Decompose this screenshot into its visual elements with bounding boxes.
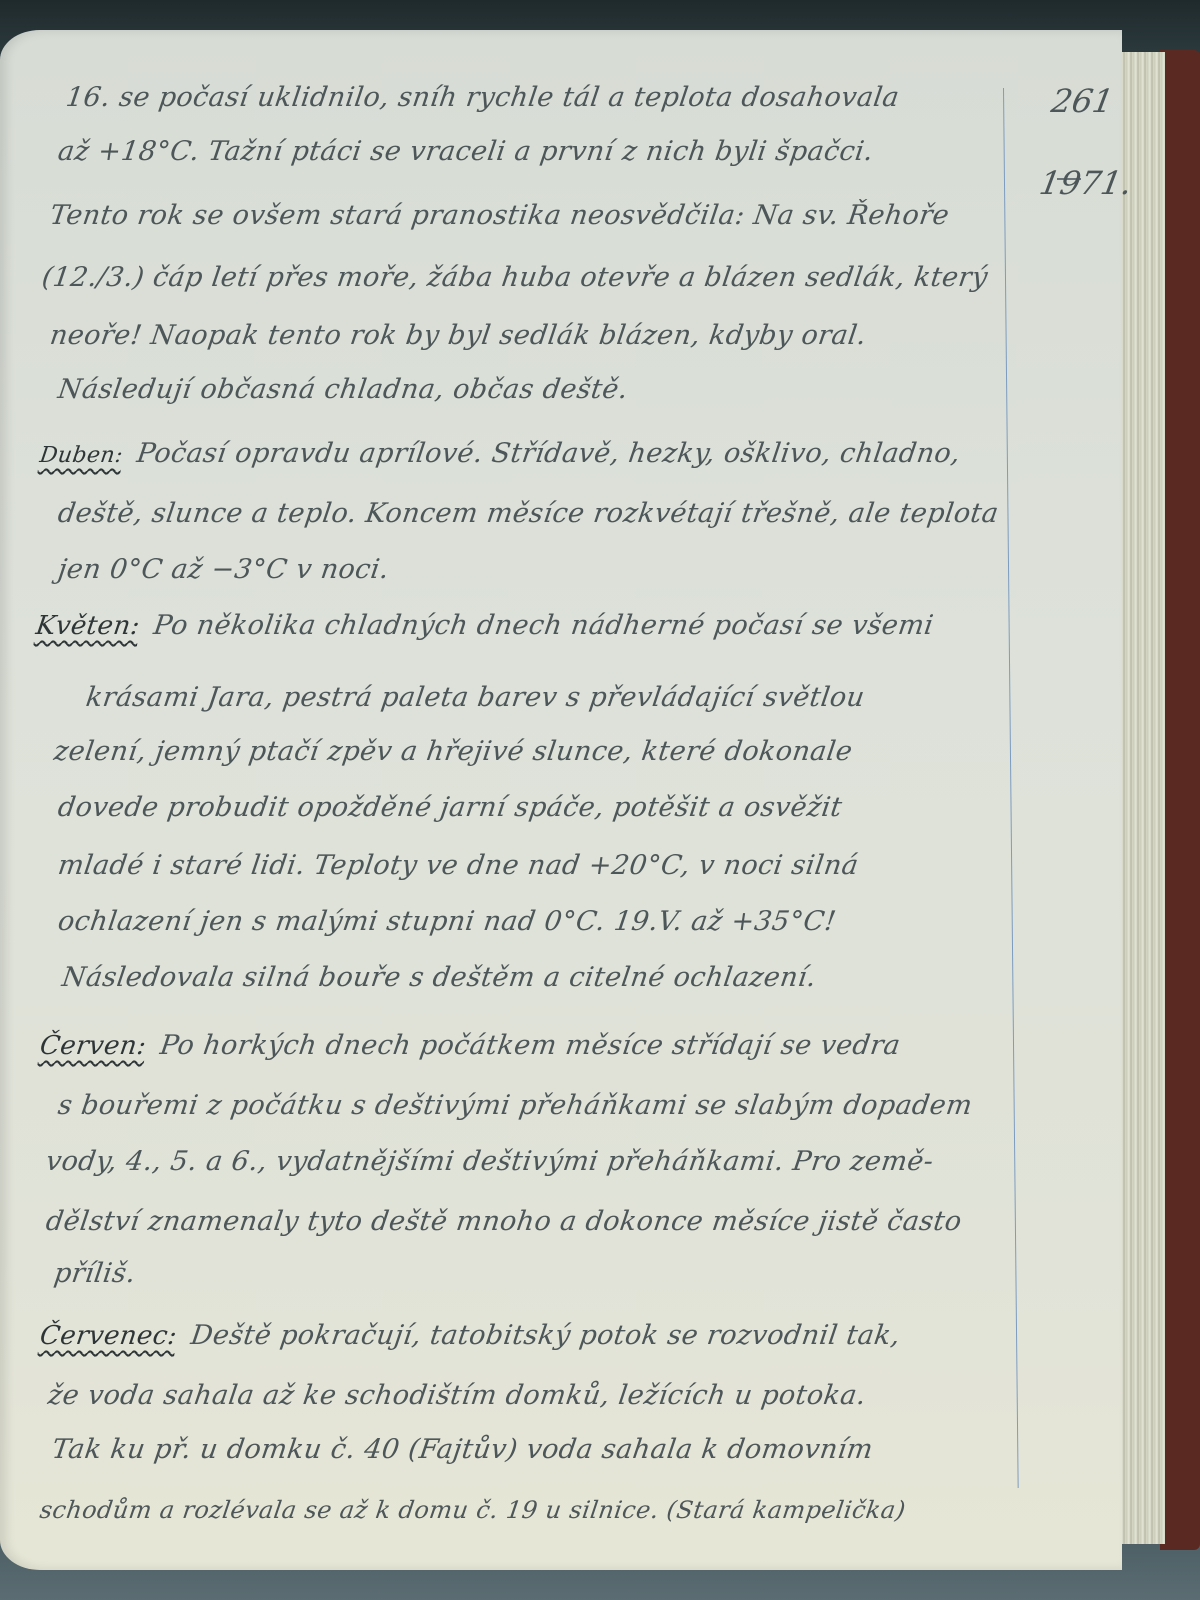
text-line: schodům a rozlévala se až k domu č. 19 u… [38,1496,907,1524]
text-line: Tak ku př. u domku č. 40 (Fajtův) voda s… [50,1434,875,1465]
entry-cerven-first-line: Červen:Po horkých dnech počátkem měsíce … [38,1030,902,1061]
month-label-duben: Duben: [38,443,124,468]
text-line: Po horkých dnech počátkem měsíce střídaj… [158,1030,902,1061]
text-line: dělství znamenaly tyto deště mnoho a dok… [44,1206,964,1237]
entry-kveten-first-line: Květen:Po několika chladných dnech nádhe… [34,610,936,641]
text-line: mladé i staré lidi. Teploty ve dne nad +… [56,850,861,881]
text-line: příliš. [52,1258,138,1289]
text-line: Deště pokračují, tatobitský potok se roz… [189,1320,902,1351]
month-label-kveten: Květen: [34,611,142,641]
text-line: (12./3.) čáp letí přes moře, žába huba o… [40,262,990,293]
text-line: krásami Jara, pestrá paleta barev s přev… [84,682,867,713]
year-note: 1971. [1037,164,1135,202]
text-line: až +18°C. Tažní ptáci se vraceli a první… [56,136,875,167]
page-number: 261 [1049,82,1117,120]
text-line: dovede probudit opožděné jarní spáče, po… [56,792,844,823]
text-line: že voda sahala až ke schodištím domků, l… [46,1380,868,1411]
text-line: zelení, jemný ptačí zpěv a hřejivé slunc… [52,736,854,767]
text-line: Následovala silná bouře s deštěm a citel… [60,962,818,993]
month-label-cerven: Červen: [38,1031,148,1061]
text-line: Tento rok se ovšem stará pranostika neos… [48,200,951,231]
book-cover-edge [1160,50,1200,1550]
chronicle-page: 261 1971. 16. se počasí uklidnilo, sníh … [0,30,1122,1570]
text-line: 16. se počasí uklidnilo, sníh rychle tál… [64,82,901,113]
text-line: Po několika chladných dnech nádherné poč… [152,610,936,641]
text-line: vody, 4., 5. a 6., vydatnějšími deštivým… [44,1146,936,1177]
month-label-cervenec: Červenec: [38,1321,179,1351]
entry-cervenec-first-line: Červenec:Deště pokračují, tatobitský pot… [38,1320,902,1351]
entry-duben-first-line: Duben:Počasí opravdu aprílové. Střídavě,… [38,438,962,469]
text-line: s bouřemi z počátku s deštivými přeháňka… [56,1090,974,1121]
text-line: deště, slunce a teplo. Koncem měsíce roz… [56,498,1001,529]
text-line: ochlazení jen s malými stupni nad 0°C. 1… [56,906,838,937]
text-line: neoře! Naopak tento rok by byl sedlák bl… [48,320,868,351]
text-line: jen 0°C až −3°C v noci. [56,554,391,585]
text-line: Následují občasná chladna, občas deště. [56,374,630,405]
page-stack-edge [1118,52,1165,1544]
text-line: Počasí opravdu aprílové. Střídavě, hezky… [135,438,962,469]
margin-rule-line [1003,88,1019,1488]
